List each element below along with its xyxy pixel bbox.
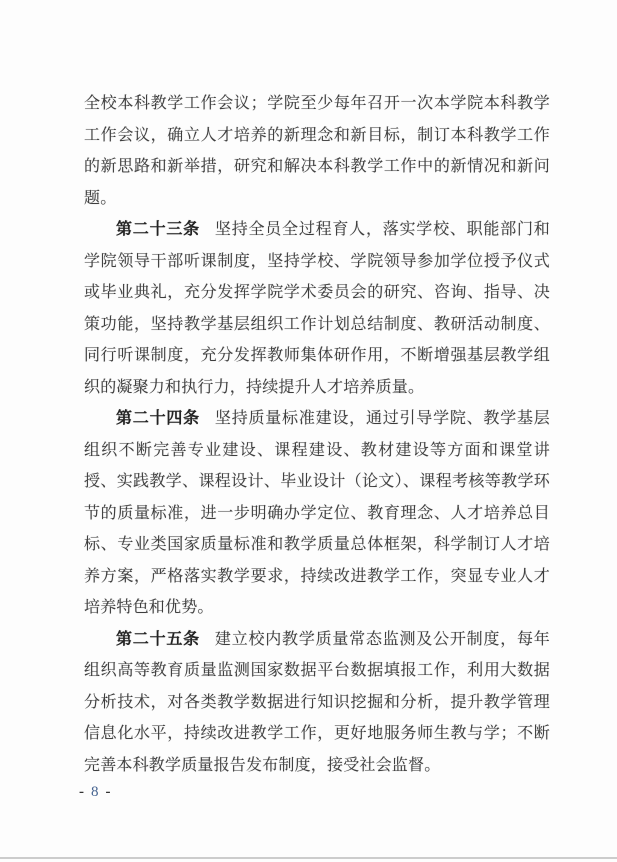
article-25-number: 第二十五条 <box>116 631 200 648</box>
paragraph-continuation: 全校本科教学工作会议；学院至少每年召开一次本学院本科教学工作会议，确立人才培养的… <box>84 88 550 214</box>
paragraph-text: 坚持全员全过程育人，落实学校、职能部门和学院领导干部听课制度，坚持学校、学院领导… <box>84 221 550 396</box>
paragraph-article-24: 第二十四条坚持质量标准建设，通过引导学院、教学基层组织不断完善专业建设、课程建设… <box>84 403 550 624</box>
page-number-value: 8 <box>86 784 106 800</box>
article-24-number: 第二十四条 <box>116 410 200 427</box>
paragraph-text: 全校本科教学工作会议；学院至少每年召开一次本学院本科教学工作会议，确立人才培养的… <box>84 95 550 207</box>
document-page: 全校本科教学工作会议；学院至少每年召开一次本学院本科教学工作会议，确立人才培养的… <box>0 0 617 862</box>
paragraph-text: 建立校内教学质量常态监测及公开制度，每年组织高等教育质量监测国家数据平台数据填报… <box>84 631 550 774</box>
article-23-number: 第二十三条 <box>116 221 200 238</box>
page-number: -8- <box>79 784 113 801</box>
paragraph-article-23: 第二十三条坚持全员全过程育人，落实学校、职能部门和学院领导干部听课制度，坚持学校… <box>84 214 550 403</box>
paragraph-article-25: 第二十五条建立校内教学质量常态监测及公开制度，每年组织高等教育质量监测国家数据平… <box>84 624 550 782</box>
page-number-prefix-dash: - <box>79 784 86 800</box>
scan-bottom-edge-line <box>0 857 617 859</box>
page-number-suffix-dash: - <box>106 784 113 800</box>
paragraph-text: 坚持质量标准建设，通过引导学院、教学基层组织不断完善专业建设、课程建设、教材建设… <box>84 410 550 616</box>
body-text-block: 全校本科教学工作会议；学院至少每年召开一次本学院本科教学工作会议，确立人才培养的… <box>84 88 550 781</box>
